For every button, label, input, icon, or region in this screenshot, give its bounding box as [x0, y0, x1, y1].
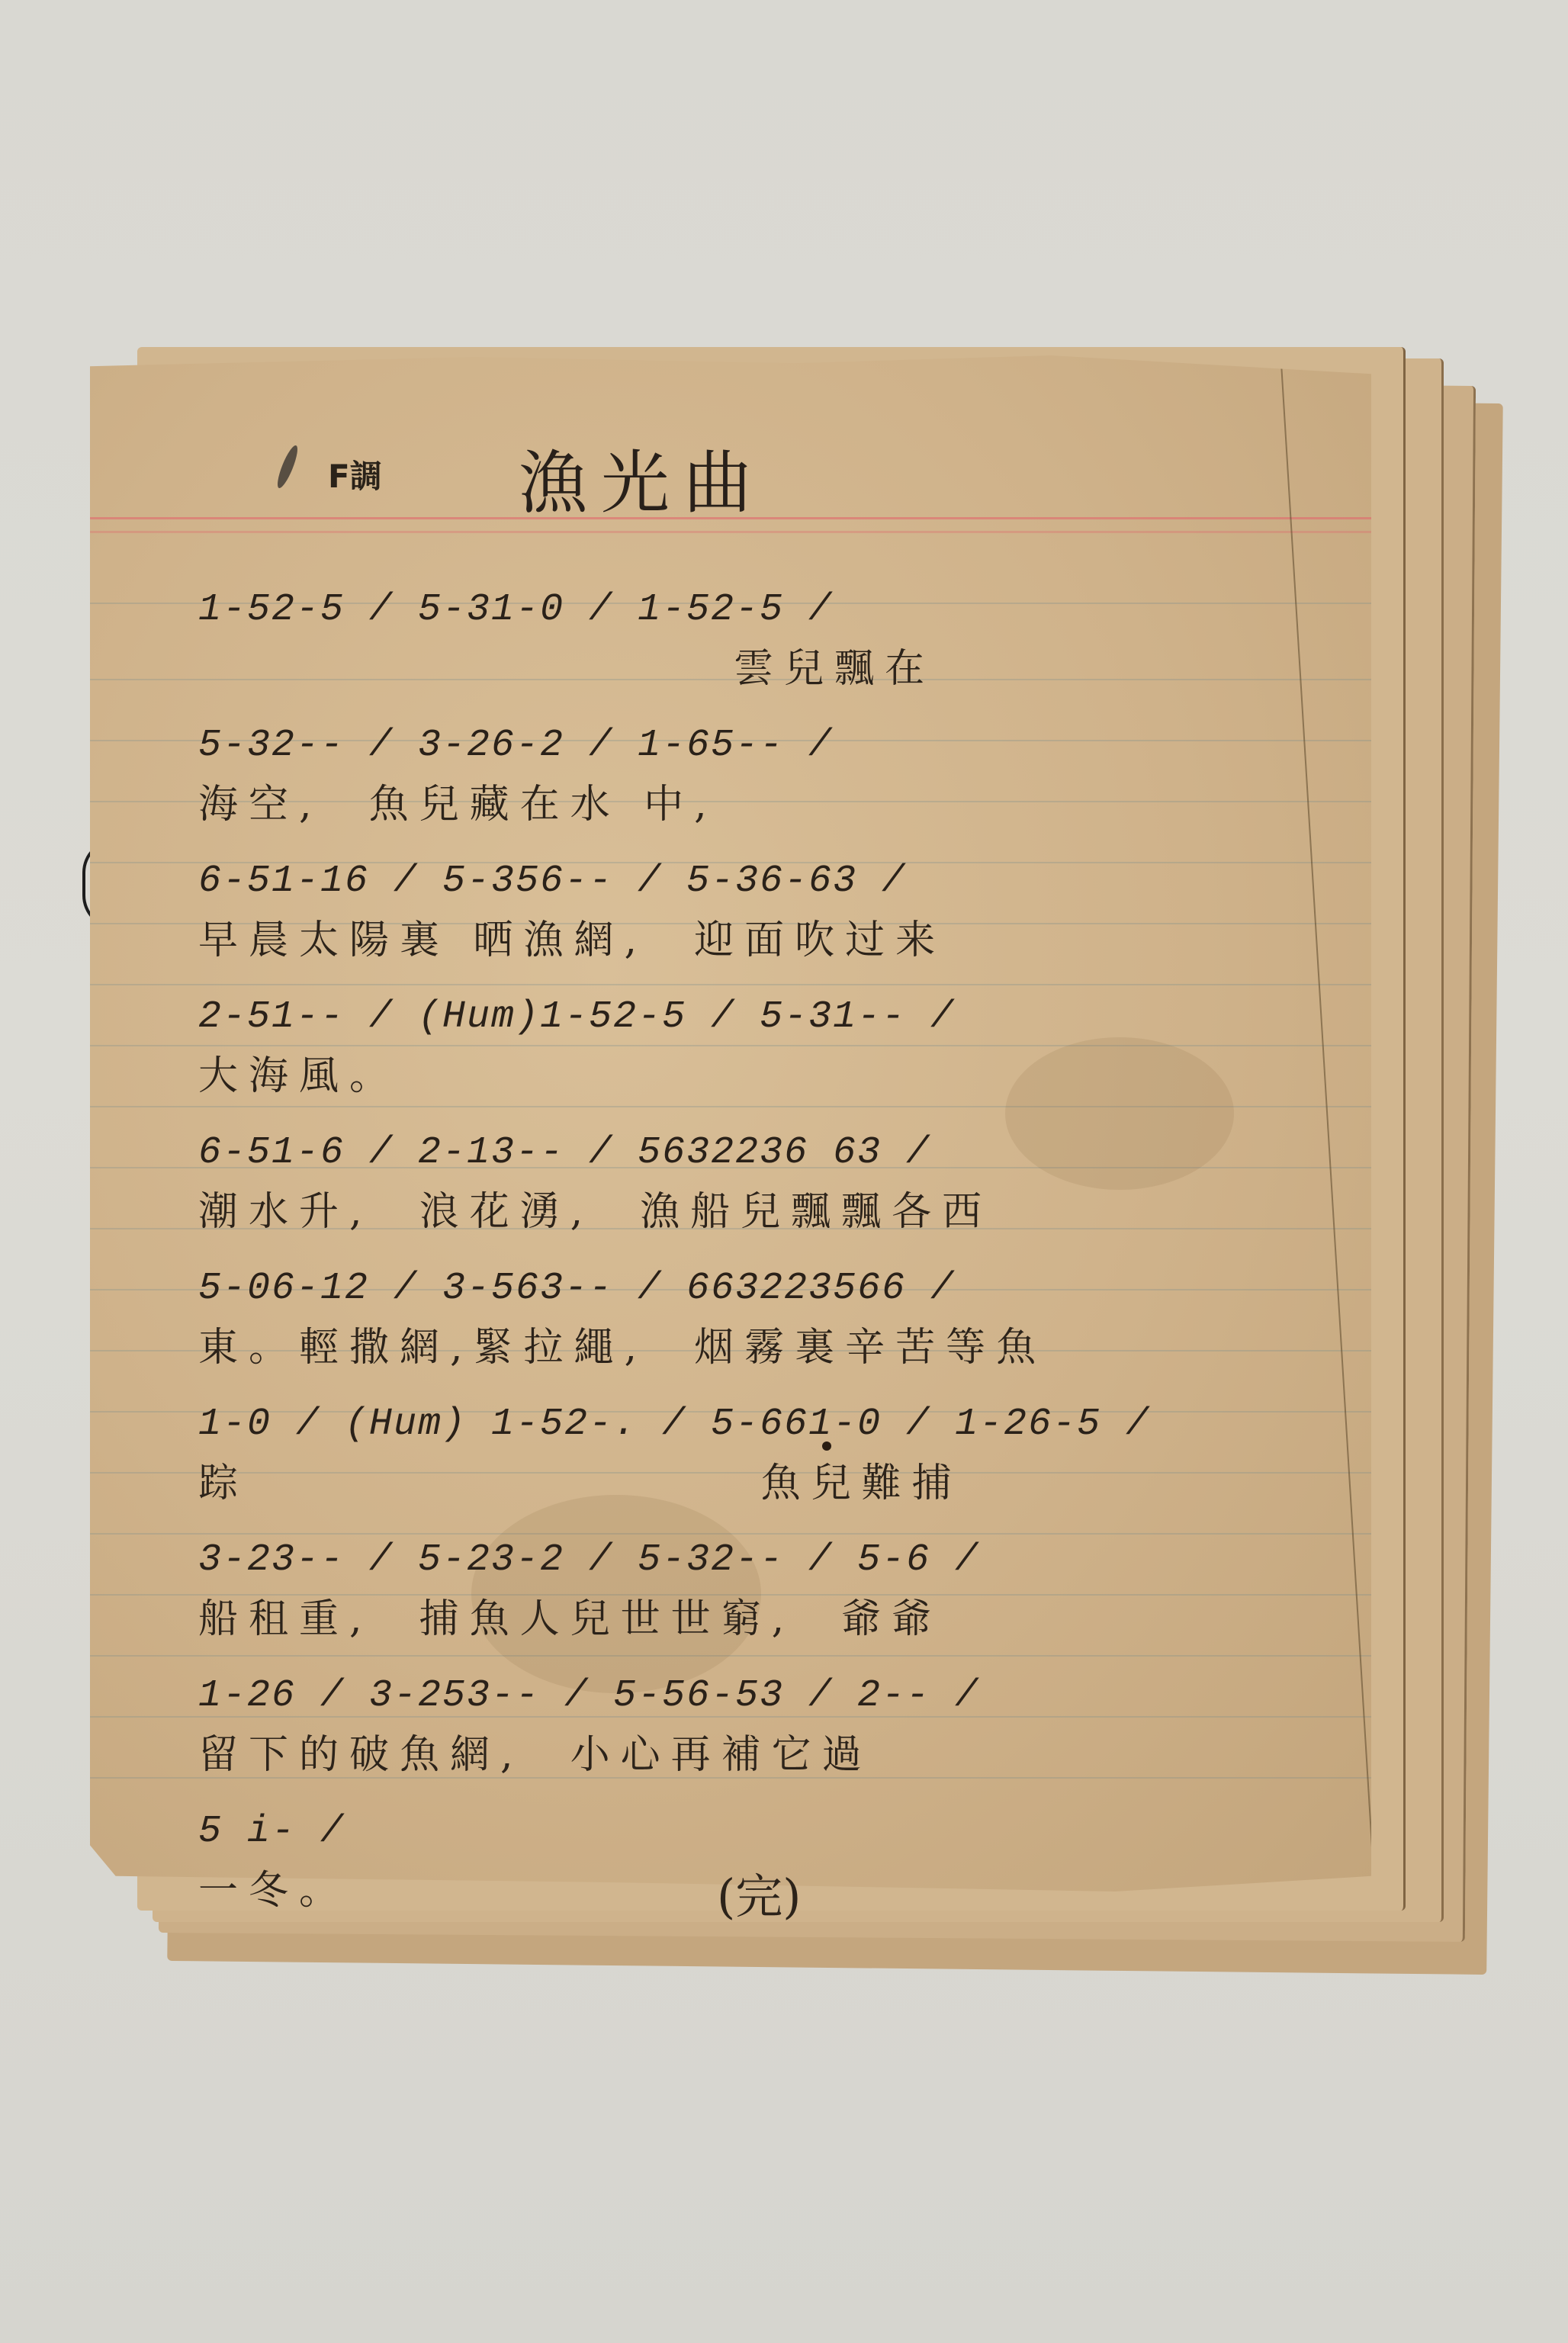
- end-mark: (完): [717, 1859, 801, 1927]
- score-line: 6-51-6 / 2-13-- / 5632236 63 / 潮水升, 浪花湧,…: [198, 1123, 1190, 1240]
- score-line: 1-26 / 3-253-- / 5-56-53 / 2-- / 留下的破魚網,…: [198, 1666, 1190, 1783]
- lyrics-line: 早晨太陽裏 晒漁網, 迎面吹过来: [198, 912, 1190, 969]
- lyrics-line: 踪 魚兒難捕: [198, 1455, 1190, 1512]
- lyrics-line: 留下的破魚網, 小心再補它過: [198, 1727, 1190, 1783]
- lyrics-line: 大海風。: [198, 1048, 1190, 1104]
- notation-line: 5 i- /: [198, 1801, 1190, 1863]
- score-header: F調 漁光曲: [198, 427, 1190, 542]
- lyrics-line: 海空, 魚兒藏在水 中,: [198, 776, 1190, 833]
- notation-line: 6-51-16 / 5-356-- / 5-36-63 /: [198, 851, 1190, 912]
- notation-line: 6-51-6 / 2-13-- / 5632236 63 /: [198, 1123, 1190, 1184]
- score-line: 3-23-- / 5-23-2 / 5-32-- / 5-6 / 船租重, 捕魚…: [198, 1530, 1190, 1647]
- pencil-mark: [274, 444, 300, 490]
- lyrics-line: 雲兒飄在: [198, 641, 1190, 697]
- score-line: 2-51-- / (Hum)1-52-5 / 5-31-- / 大海風。: [198, 987, 1190, 1104]
- notation-line: 3-23-- / 5-23-2 / 5-32-- / 5-6 /: [198, 1530, 1190, 1591]
- song-title: 漁光曲: [519, 427, 766, 526]
- music-score: F調 漁光曲 1-52-5 / 5-31-0 / 1-52-5 / 雲兒飄在 5…: [198, 427, 1190, 1937]
- notation-line: 1-0 / (Hum) 1-52-. / 5-661-0 / 1-26-5 /: [198, 1394, 1190, 1455]
- score-line: 1-52-5 / 5-31-0 / 1-52-5 / 雲兒飄在: [198, 580, 1190, 697]
- score-line: 5-06-12 / 3-563-- / 663223566 / 東。輕撒網,緊拉…: [198, 1258, 1190, 1376]
- score-line: 5 i- / 一冬。 (完): [198, 1801, 1190, 1919]
- score-line: 6-51-16 / 5-356-- / 5-36-63 / 早晨太陽裏 晒漁網,…: [198, 851, 1190, 969]
- lyrics-line: 潮水升, 浪花湧, 漁船兒飄飄各西: [198, 1184, 1190, 1240]
- fold-crease: [1280, 351, 1375, 1888]
- notation-line: 5-06-12 / 3-563-- / 663223566 /: [198, 1258, 1190, 1319]
- lyrics-line: 東。輕撒網,緊拉繩, 烟霧裏辛苦等魚: [198, 1319, 1190, 1376]
- notation-line: 2-51-- / (Hum)1-52-5 / 5-31-- /: [198, 987, 1190, 1048]
- notation-line: 5-32-- / 3-26-2 / 1-65-- /: [198, 715, 1190, 776]
- notation-line: 1-26 / 3-253-- / 5-56-53 / 2-- /: [198, 1666, 1190, 1727]
- score-line: 1-0 / (Hum) 1-52-. / 5-661-0 / 1-26-5 / …: [198, 1394, 1190, 1512]
- lyrics-line: 一冬。: [198, 1863, 1190, 1919]
- lyrics-line: 船租重, 捕魚人兒世世窮, 爺爺: [198, 1591, 1190, 1647]
- score-line: 5-32-- / 3-26-2 / 1-65-- / 海空, 魚兒藏在水 中,: [198, 715, 1190, 833]
- notation-line: 1-52-5 / 5-31-0 / 1-52-5 /: [198, 580, 1190, 641]
- key-signature: F調: [328, 452, 382, 497]
